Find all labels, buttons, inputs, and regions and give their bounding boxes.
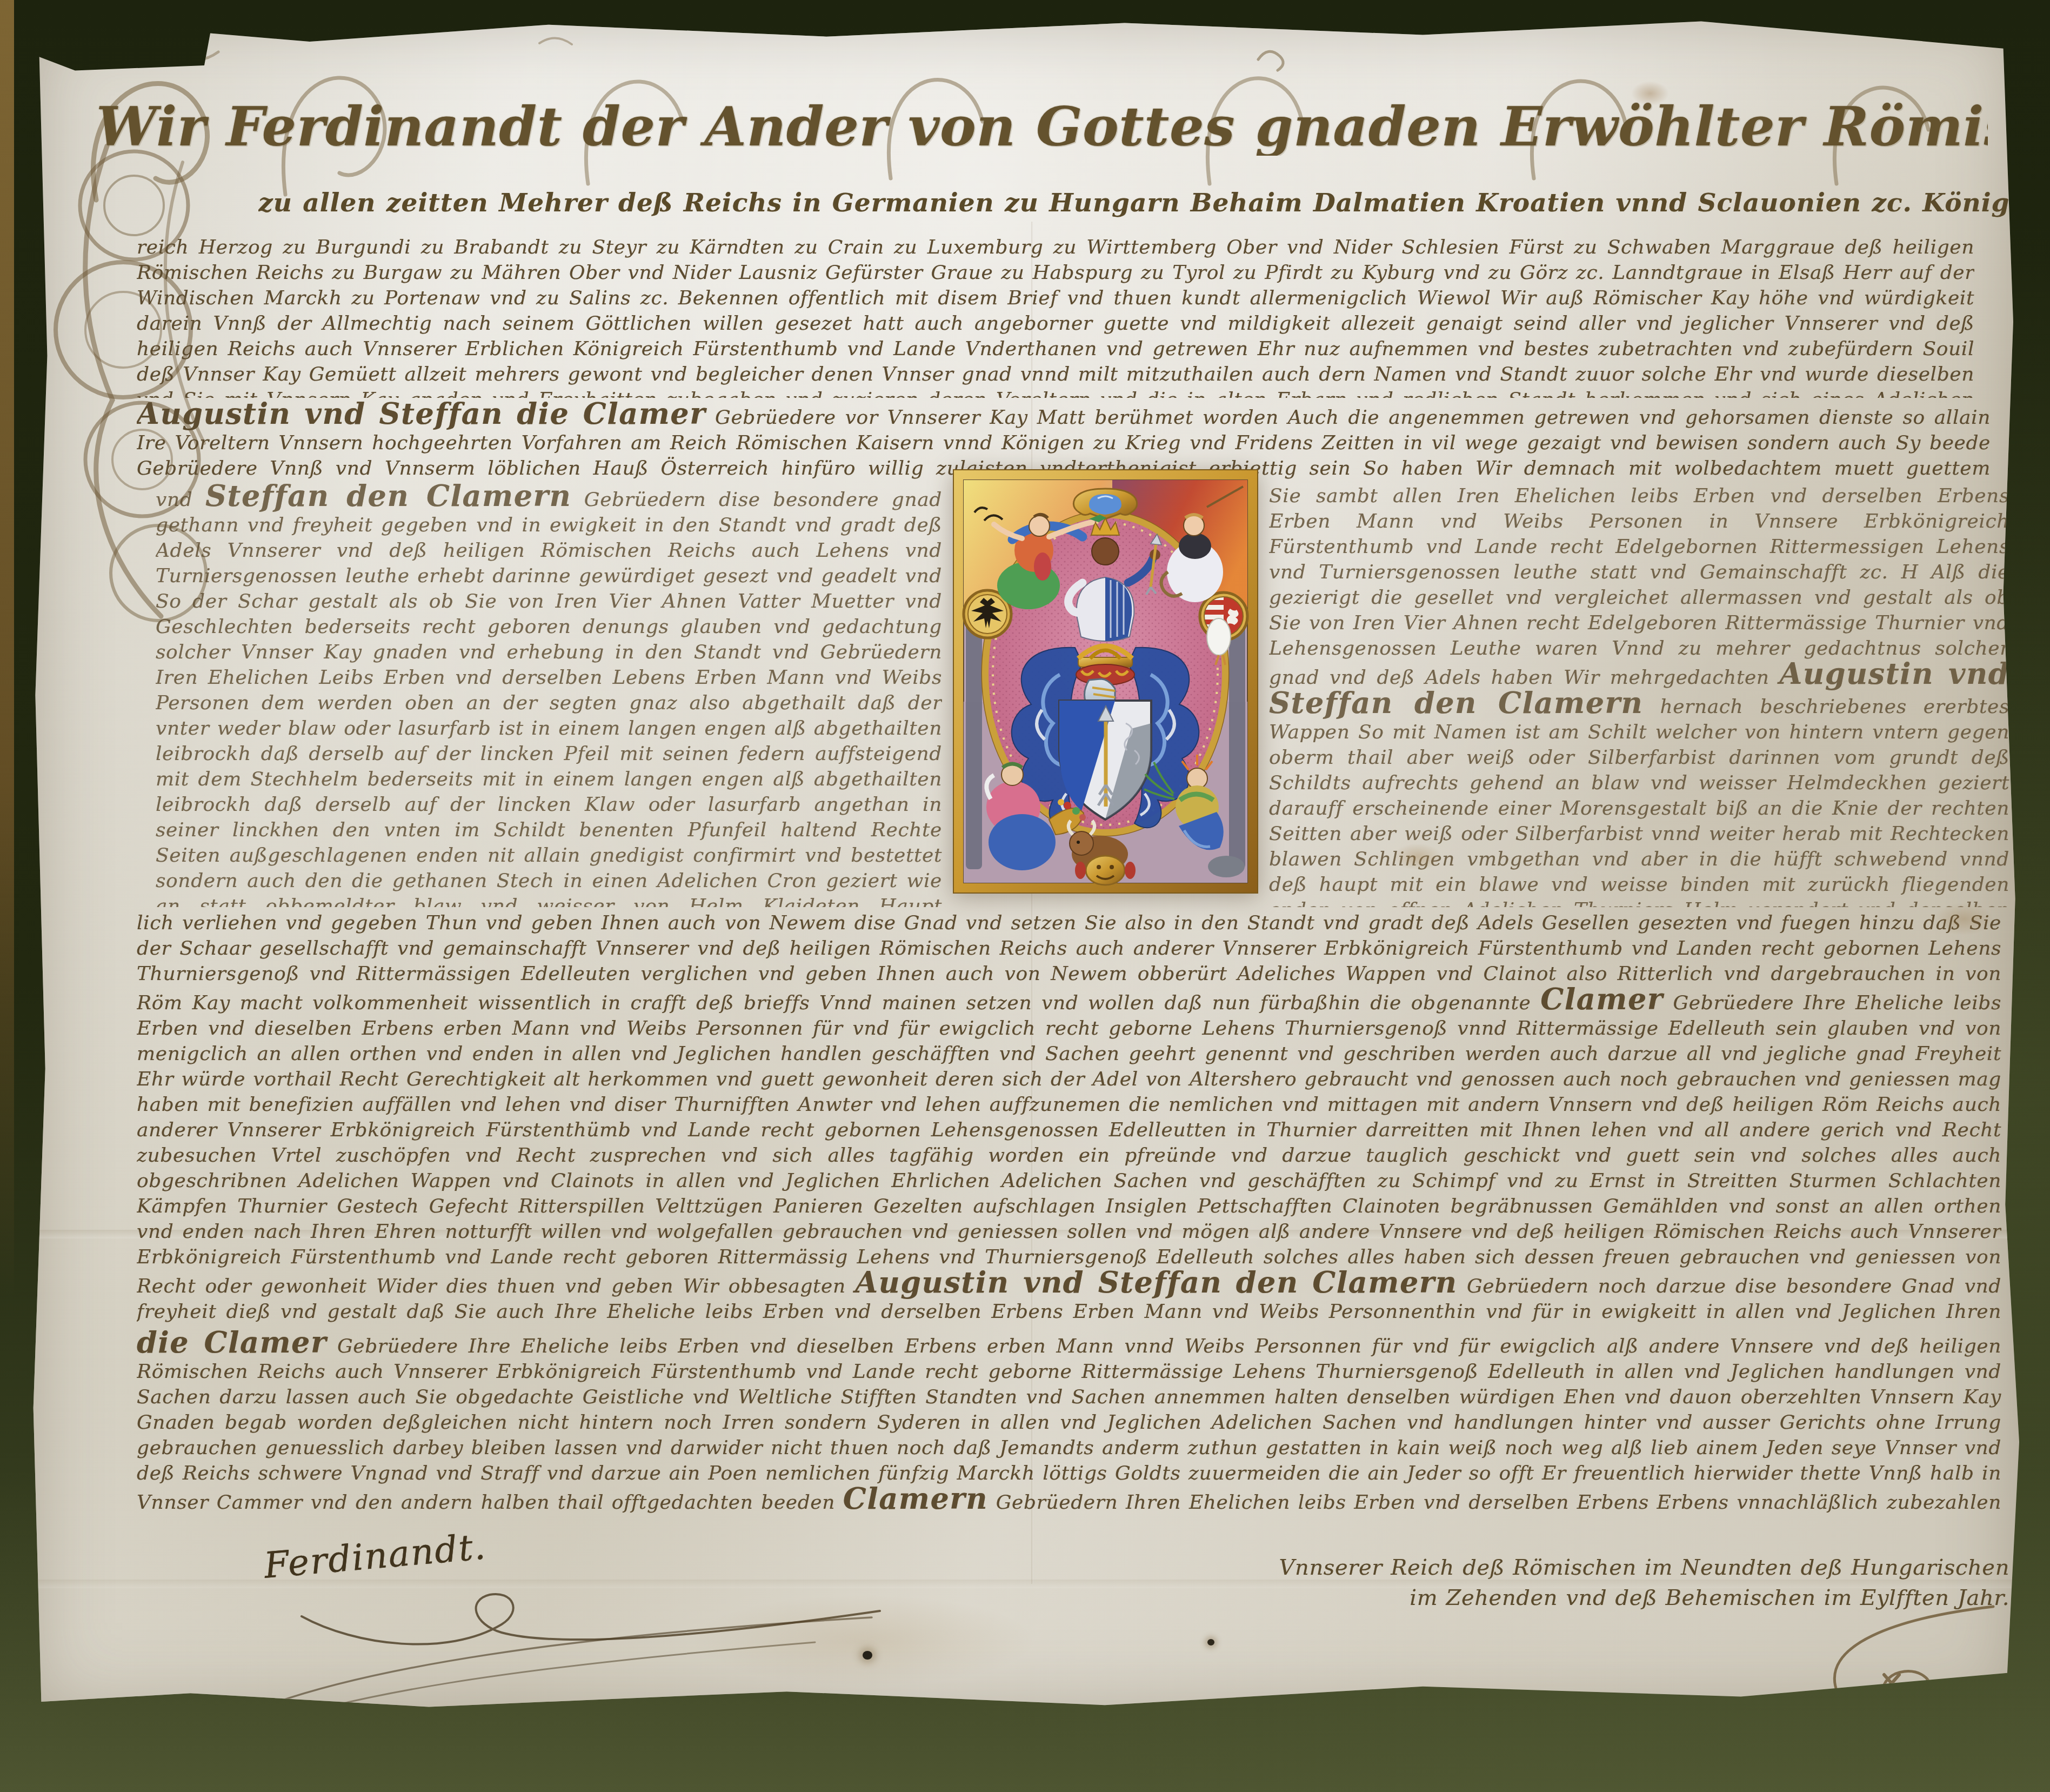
intro-paragraph: reich Herzog zu Burgundi zu Brabandt zu …: [137, 235, 1974, 398]
emphasized-name: Clamern: [843, 1481, 988, 1516]
charter-heading-line2: zu allen zeitten Mehrer deß Reichs in Ge…: [258, 188, 2009, 218]
illuminated-coat-of-arms: [953, 469, 1258, 894]
bottom-right-flourish: [1772, 1595, 2015, 1714]
emphasized-name: Augustin: [629, 476, 783, 481]
lower-paragraph-2-with-date: die Clamer Gebrüedere Ihre Eheliche leib…: [137, 1330, 2001, 1517]
regnal-line-1: Vnnserer Reich deß Römischen im Neundten…: [1264, 1553, 2009, 1583]
body-text-run: hernach beschriebenes ererbtes Wappen So…: [1269, 696, 2009, 907]
emphasized-name: Clamer: [1540, 982, 1663, 1016]
frame-gold-edge: [0, 0, 14, 1297]
column-right-paragraph: Sie sambt allen Iren Ehelichen leibs Erb…: [1269, 483, 2009, 907]
signature-flourish: [215, 1530, 907, 1714]
parchment-sheet: Wir Ferdinandt der Ander von Gottes gnad…: [31, 16, 2019, 1714]
emphasized-name: Augustin vnd Steffan die Clamer: [137, 401, 706, 431]
body-text-run: reich Herzog zu Burgundi zu Brabandt zu …: [137, 236, 1974, 398]
column-left-paragraph: vnd Steffan den Clamern Gebrüedern dise …: [156, 483, 942, 907]
charter-heading-line1: Wir Ferdinandt der Ander von Gottes gnad…: [96, 97, 1988, 156]
body-text-run: Gebrüedere Ihre Eheliche leibs Erben vnd…: [137, 992, 2001, 1297]
lower-paragraph-1: lich verliehen vnd gegeben Thun vnd gebe…: [137, 910, 2001, 1325]
hole-spot-2: [1207, 1639, 1214, 1646]
photograph-of-charter: { "document_type": "Imperial patent of a…: [0, 0, 2050, 1792]
body-text-run: vnd: [156, 489, 205, 511]
body-text-run: Gebrüedere Ihre Eheliche leibs Erben vnd…: [137, 1335, 2001, 1514]
emphasized-name: Steffan den Clamern: [205, 483, 571, 513]
top-cartouche: [1073, 489, 1137, 519]
imperial-signature-block: Ferdinandt.: [215, 1530, 907, 1714]
emphasized-name: Augustin vnd Steffan den Clamern: [855, 1265, 1457, 1300]
body-text-run: Gebrüedern dise besondere gnad gethann v…: [156, 489, 942, 907]
emphasized-name: die Clamer: [137, 1330, 327, 1360]
